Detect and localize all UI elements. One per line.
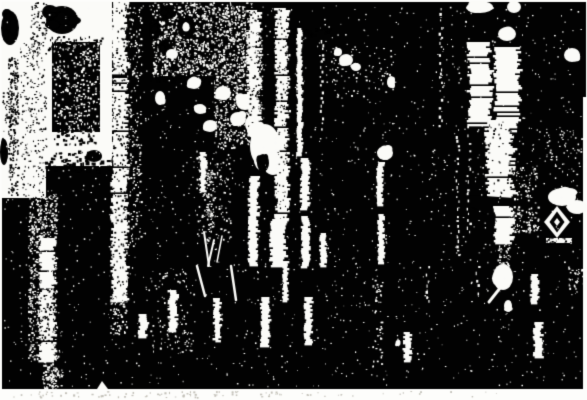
scanned-photo-page [0,0,587,400]
halftone-photo-figure [0,0,587,400]
halftone-photo-canvas [0,0,587,400]
